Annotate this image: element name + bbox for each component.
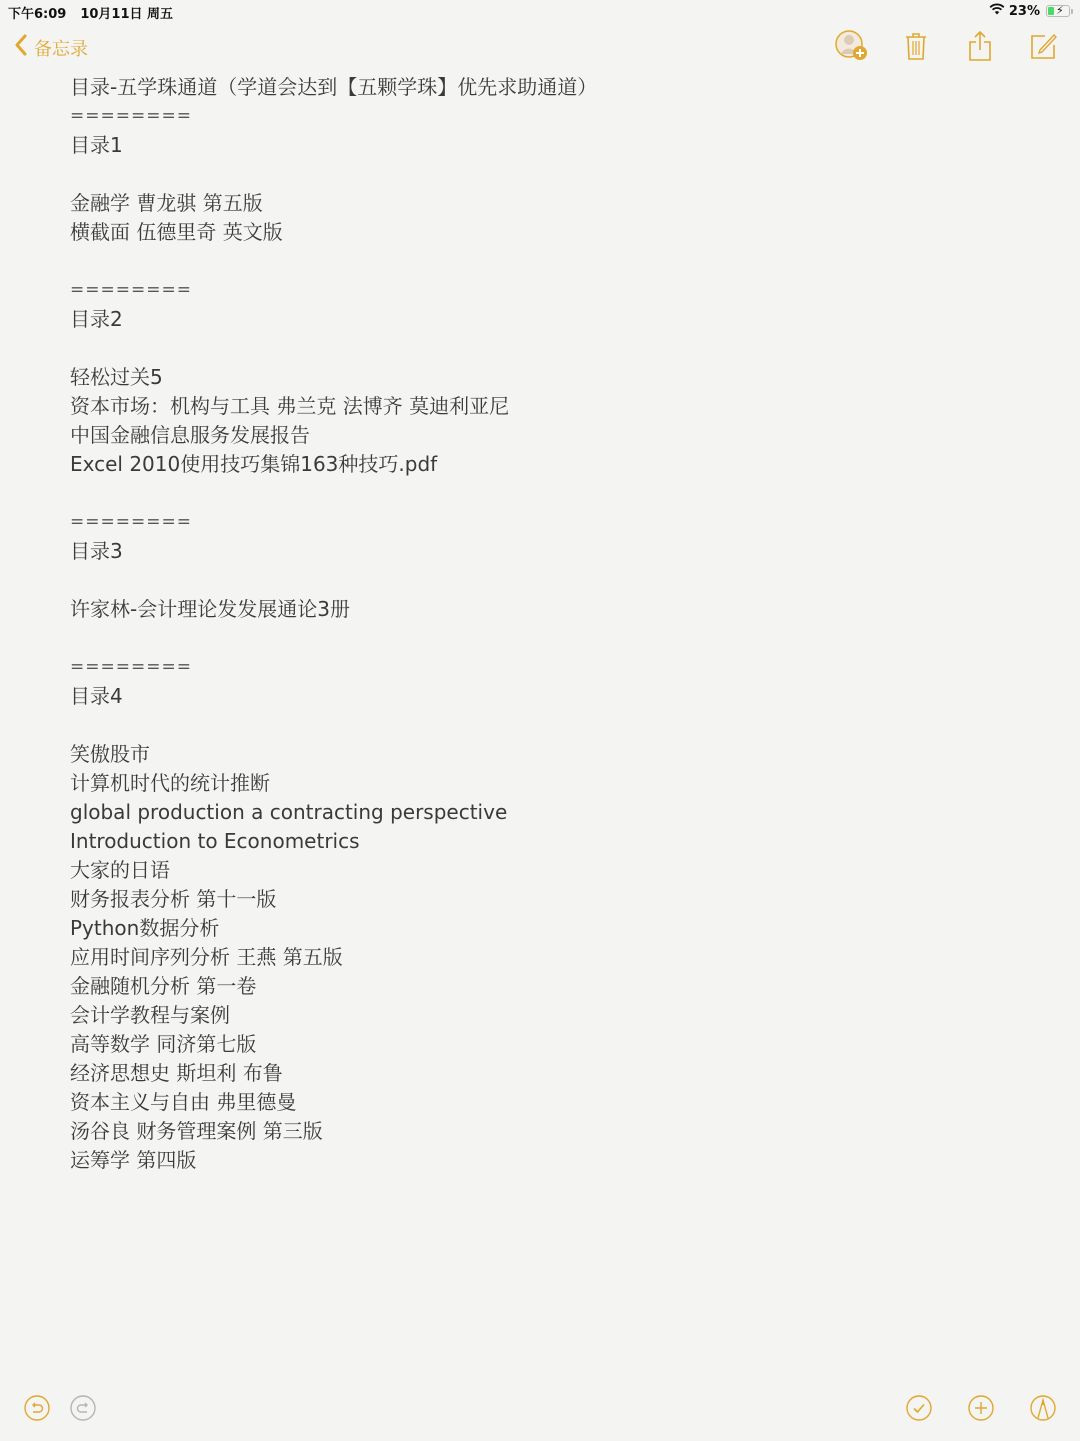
list-item: 运筹学 第四版 [70, 1146, 1030, 1175]
separator: ======== [70, 653, 1030, 682]
blank-line [70, 479, 1030, 508]
section-heading: 目录2 [70, 305, 1030, 334]
status-date: 10月11日 周五 [80, 3, 173, 22]
share-icon [968, 30, 992, 66]
list-item: 财务报表分析 第十一版 [70, 885, 1030, 914]
blank-line [70, 334, 1030, 363]
blank-line [70, 624, 1030, 653]
separator: ======== [70, 102, 1030, 131]
checklist-button[interactable] [906, 1397, 932, 1423]
section-heading: 目录3 [70, 537, 1030, 566]
add-button[interactable] [968, 1397, 994, 1423]
list-item: Python数据分析 [70, 914, 1030, 943]
list-item: 许家林-会计理论发发展通论3册 [70, 595, 1030, 624]
list-item: 汤谷良 财务管理案例 第三版 [70, 1117, 1030, 1146]
list-item: 大家的日语 [70, 856, 1030, 885]
separator: ======== [70, 508, 1030, 537]
status-bar: 下午6:09 10月11日 周五 23% ⚡ [0, 0, 1080, 22]
battery-charging-icon: ⚡ [1046, 5, 1070, 17]
back-label: 备忘录 [34, 35, 88, 61]
note-title: 目录-五学珠通道（学道会达到【五颗学珠】优先求助通道） [70, 73, 1030, 102]
list-item: 中国金融信息服务发展报告 [70, 421, 1030, 450]
checkmark-circle-icon [906, 1395, 932, 1425]
blank-line [70, 566, 1030, 595]
wifi-icon [989, 3, 1005, 19]
undo-button[interactable] [24, 1397, 50, 1423]
list-item: Introduction to Econometrics [70, 827, 1030, 856]
list-item: 横截面 伍德里奇 英文版 [70, 218, 1030, 247]
delete-button[interactable] [898, 30, 934, 66]
list-item: 应用时间序列分析 王燕 第五版 [70, 943, 1030, 972]
list-item: 会计学教程与案例 [70, 1001, 1030, 1030]
list-item: global production a contracting perspect… [70, 798, 1030, 827]
markup-button[interactable] [1030, 1397, 1056, 1423]
list-item: 轻松过关5 [70, 363, 1030, 392]
list-item: 金融随机分析 第一卷 [70, 972, 1030, 1001]
list-item: 金融学 曹龙骐 第五版 [70, 189, 1030, 218]
battery-percent: 23% [1009, 4, 1040, 19]
list-item: 资本主义与自由 弗里德曼 [70, 1088, 1030, 1117]
status-time: 下午6:09 [8, 3, 66, 22]
pen-markup-icon [1030, 1395, 1056, 1425]
add-person-icon [834, 29, 870, 67]
plus-circle-icon [968, 1395, 994, 1425]
notes-screen: 下午6:09 10月11日 周五 23% ⚡ [0, 0, 1080, 1441]
add-people-button[interactable] [834, 30, 870, 66]
note-editor[interactable]: 目录-五学珠通道（学道会达到【五颗学珠】优先求助通道） ======== 目录1… [70, 73, 1030, 1175]
undo-icon [24, 1395, 50, 1425]
list-item: Excel 2010使用技巧集锦163种技巧.pdf [70, 450, 1030, 479]
blank-line [70, 247, 1030, 276]
redo-icon [70, 1395, 96, 1425]
compose-icon [1030, 32, 1058, 64]
trash-icon [904, 31, 928, 65]
list-item: 笑傲股市 [70, 740, 1030, 769]
list-item: 高等数学 同济第七版 [70, 1030, 1030, 1059]
nav-bar: 备忘录 [0, 26, 1080, 70]
share-button[interactable] [962, 30, 998, 66]
back-button[interactable]: 备忘录 [14, 34, 88, 61]
list-item: 资本市场：机构与工具 弗兰克 法博齐 莫迪利亚尼 [70, 392, 1030, 421]
redo-button[interactable] [70, 1397, 96, 1423]
blank-line [70, 160, 1030, 189]
compose-button[interactable] [1026, 30, 1062, 66]
section-heading: 目录1 [70, 131, 1030, 160]
chevron-left-icon [14, 34, 28, 61]
list-item: 计算机时代的统计推断 [70, 769, 1030, 798]
blank-line [70, 711, 1030, 740]
list-item: 经济思想史 斯坦利 布鲁 [70, 1059, 1030, 1088]
section-heading: 目录4 [70, 682, 1030, 711]
separator: ======== [70, 276, 1030, 305]
bottom-toolbar [0, 1397, 1080, 1429]
